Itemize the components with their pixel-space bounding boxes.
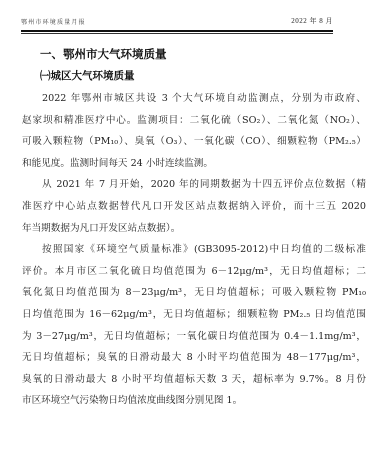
paragraph-1-line-1: 2022 年鄂州市城区共设 3 个大气环境自动监测点，分别为市政府、 (22, 88, 366, 110)
section-title: 一、鄂州市大气环境质量 (40, 46, 167, 62)
paragraph-3-line-1: 按照国家《环境空气质量标准》(GB3095-2012)中日均值的二级标准 (22, 239, 366, 261)
page-header: 鄂州市环境质量月报 2022 年 8 月 (21, 17, 333, 29)
paragraph-3-line-4: 日均值范围为 16－62μg/m³，无日均值超标；细颗粒物 PM₂.₅ 日均值范… (22, 304, 366, 326)
publication-date: 2022 年 8 月 (291, 16, 333, 26)
paragraph-3-line-5: 为 3－27μg/m³，无日均值超标；一氧化碳日均值范围为 0.4－1.1mg/… (22, 326, 366, 348)
subsection-title: ㈠城区大气环境质量 (40, 68, 135, 83)
paragraph-1-line-4: 和能见度。监测时间每天 24 小时连续监测。 (22, 153, 366, 175)
paragraph-2-line-2: 准医疗中心站点数据替代凡口开发区站点数据纳入评价，而十三五 2020 (22, 196, 366, 218)
header-rule-thin (21, 33, 333, 34)
paragraph-2-line-1: 从 2021 年 7 月开始，2020 年的同期数据为十四五评价点位数据（精 (22, 174, 366, 196)
paragraph-3-line-7: 臭氧的日滑动最大 8 小时平均值超标天数 3 天，超标率为 9.7%。8 月份 (22, 369, 366, 391)
paragraph-3-line-8: 市区环境空气污染物日均值浓度曲线图分别见图 1。 (22, 390, 366, 412)
paragraph-3-line-2: 评价。本月市区二氧化硫日均值范围为 6－12μg/m³，无日均值超标；二 (22, 261, 366, 283)
paragraph-3-line-3: 氧化氮日均值范围为 8－23μg/m³，无日均值超标；可吸入颗粒物 PM₁₀ (22, 282, 366, 304)
paragraph-2-line-3: 年当期数据为凡口开发区站点数据）。 (22, 218, 366, 240)
paragraph-1-line-2: 赵家坝和精准医疗中心。监测项目：二氧化硫（SO₂）、二氧化氮（NO₂）、 (22, 110, 366, 132)
body-text: 2022 年鄂州市城区共设 3 个大气环境自动监测点，分别为市政府、 赵家坝和精… (22, 88, 366, 412)
paragraph-3-line-6: 无日均值超标；臭氧的日滑动最大 8 小时平均值范围为 48－177μg/m³， (22, 347, 366, 369)
header-rule-thick (21, 30, 333, 32)
paragraph-1-line-3: 可吸入颗粒物（PM₁₀）、臭氧（O₃）、一氧化碳（CO）、细颗粒物（PM₂.₅） (22, 131, 366, 153)
publication-title: 鄂州市环境质量月报 (21, 17, 86, 26)
